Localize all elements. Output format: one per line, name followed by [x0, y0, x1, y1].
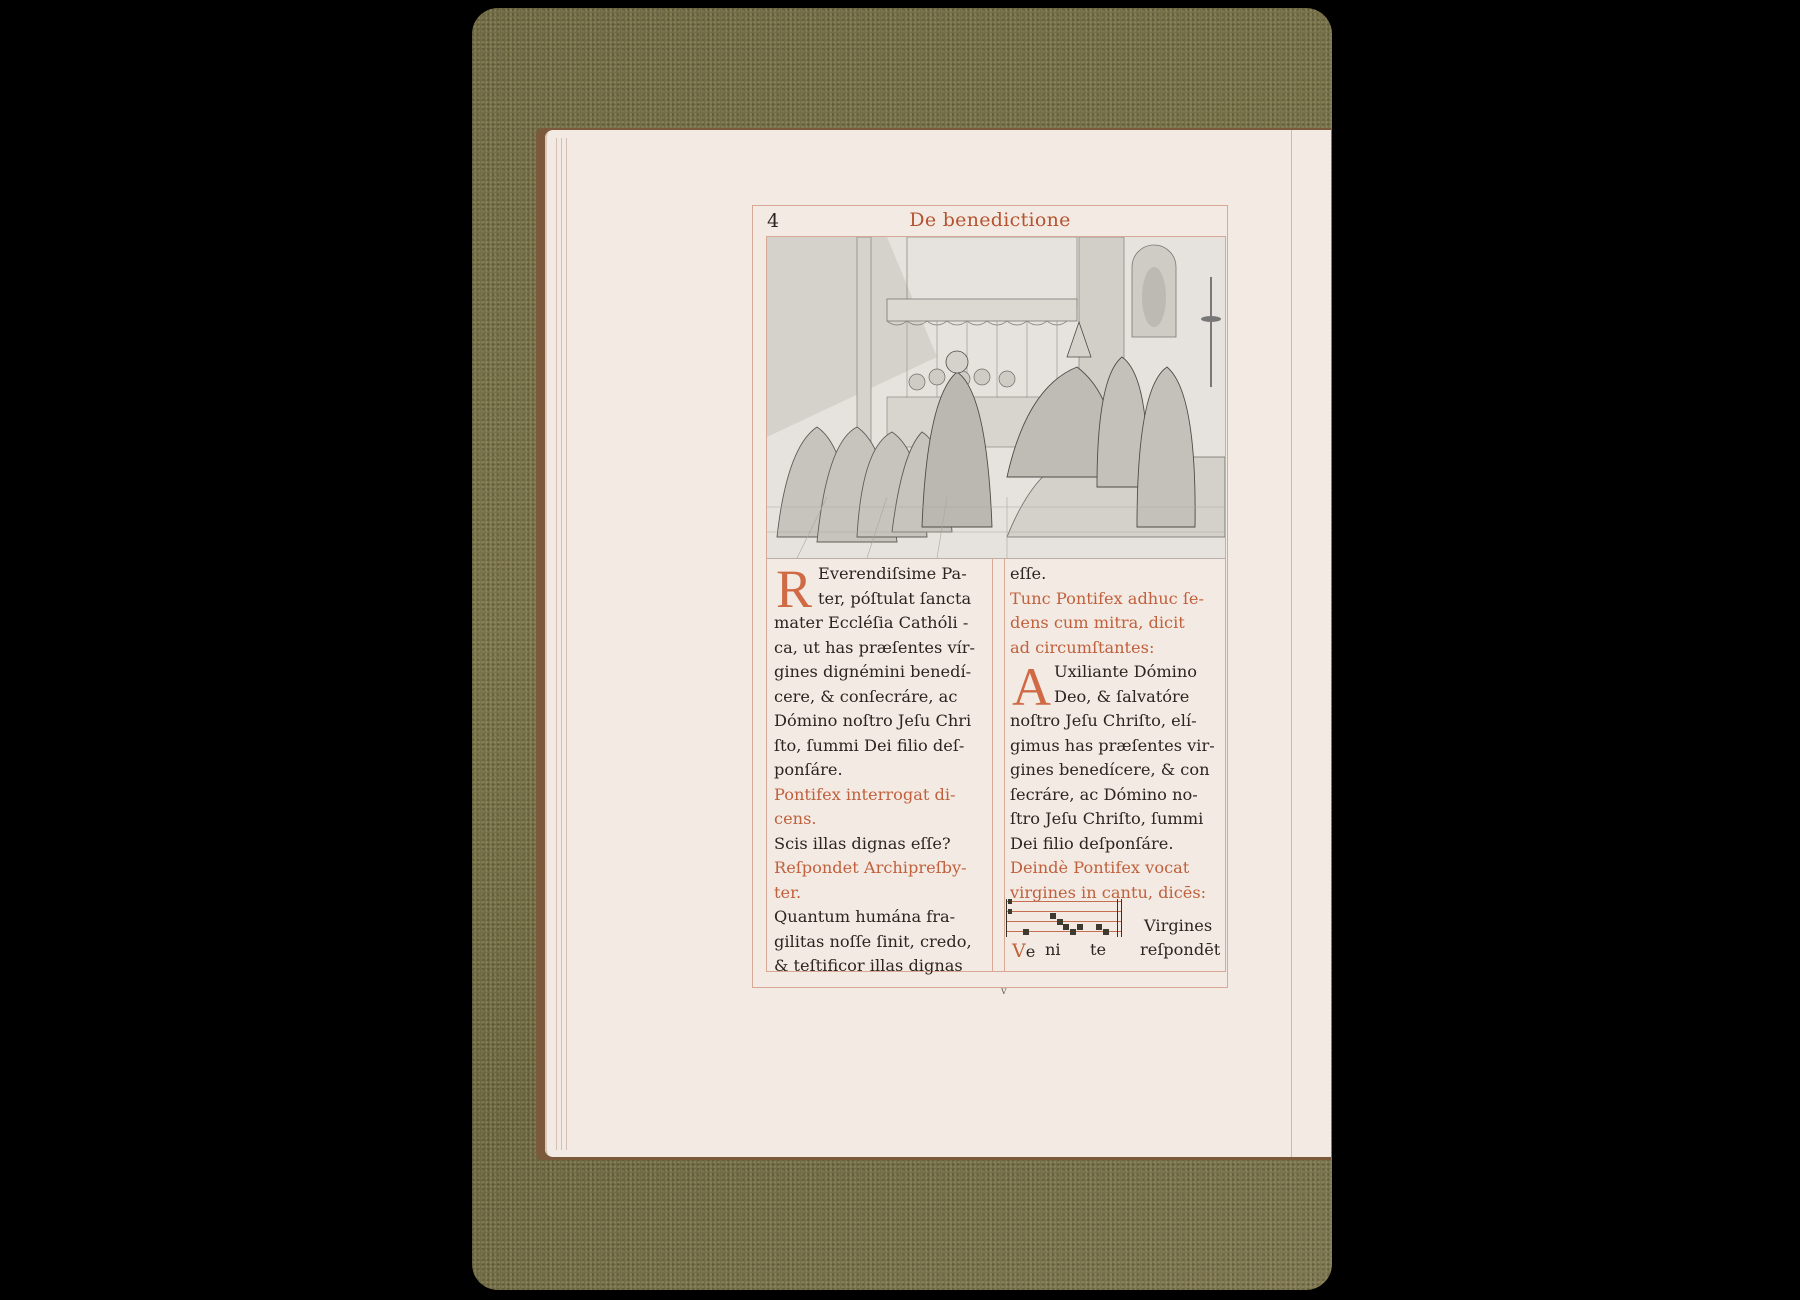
column-divider-rule — [992, 558, 993, 972]
text-line: cere, & conſecráre, ac — [774, 685, 986, 710]
text-line: ca, ut has præſentes vír- — [774, 636, 986, 661]
neume-note — [1103, 929, 1109, 935]
text-line: gimus has præſentes vir- — [1010, 734, 1220, 759]
column-divider-rule — [1004, 558, 1005, 972]
rubric-line: ter. — [774, 881, 986, 906]
chant-syllable: te — [1090, 940, 1106, 959]
staff-line — [1006, 901, 1122, 902]
page-gutter-crease — [1291, 130, 1292, 1157]
text-line: ſtro Jeſu Chriſto, ſummi — [1010, 807, 1220, 832]
staff-bar — [1006, 899, 1007, 937]
chant-staff — [1006, 897, 1122, 939]
page-edge-line — [566, 138, 567, 1150]
rubric-line: ad circumſtantes: — [1010, 636, 1220, 661]
text-line: gilitas noſſe ſinit, credo, — [774, 930, 986, 955]
neume-note — [1096, 924, 1102, 930]
rubric-line: Tunc Pontifex adhuc ſe- — [1010, 587, 1220, 612]
text-line: ſto, ſummi Dei filio deſ- — [774, 734, 986, 759]
staff-line — [1006, 921, 1122, 922]
rubric-line: Pontifex interrogat di- — [774, 783, 986, 808]
text-line: ſecráre, ac Dómino no- — [1010, 783, 1220, 808]
rubric-virgines: Virgines — [1144, 916, 1212, 935]
rubric-line: cens. — [774, 807, 986, 832]
text-line: Everendiſsime Pa- — [774, 562, 986, 587]
text-line: eſſe. — [1010, 562, 1220, 587]
text-line: gines dignémini benedí- — [774, 660, 986, 685]
staff-bar — [1121, 899, 1122, 937]
staff-bar — [1117, 899, 1118, 937]
chant-syllable: VVee — [1012, 940, 1035, 962]
text-line: Quantum humána fra- — [774, 905, 986, 930]
neume-note — [1023, 929, 1029, 935]
text-line: Dómino noſtro Jeſu Chri — [774, 709, 986, 734]
running-head: De benedictione — [760, 205, 1220, 235]
chant-syllable-e: e — [1026, 942, 1036, 961]
chant-initial: V — [1012, 940, 1026, 962]
clef-icon — [1008, 909, 1012, 914]
engraving-illustration — [767, 237, 1225, 559]
left-text-column: Everendiſsime Pa- ter, póſtulat ſancta m… — [774, 562, 986, 979]
page-edge-line — [561, 138, 562, 1150]
neume-note — [1077, 924, 1083, 930]
rubric-respondent: reſpondēt — [1140, 940, 1220, 959]
rubric-line: Deindè Pontifex vocat — [1010, 856, 1220, 881]
chant-syllable: ni — [1045, 940, 1061, 959]
text-line: & teſtificor illas dignas — [774, 954, 986, 979]
rubric-line: Reſpondet Archipreſby- — [774, 856, 986, 881]
text-line: Uxiliante Dómino — [1010, 660, 1220, 685]
staff-line — [1006, 911, 1122, 912]
text-line: ter, póſtulat ſancta — [774, 587, 986, 612]
illustration-drawing-icon — [767, 237, 1225, 558]
text-line: noſtro Jeſu Chriſto, elí- — [1010, 709, 1220, 734]
clef-icon — [1008, 899, 1012, 904]
neume-note — [1050, 913, 1056, 919]
neume-note — [1070, 929, 1076, 935]
text-line: Scis illas dignas eſſe? — [774, 832, 986, 857]
text-line: gines benedícere, & con — [1010, 758, 1220, 783]
rubric-line: dens cum mitra, dicit — [1010, 611, 1220, 636]
neume-note — [1063, 924, 1069, 930]
page-edge-line — [556, 138, 557, 1150]
text-line: Dei filio deſponſáre. — [1010, 832, 1220, 857]
right-text-column: eſſe. Tunc Pontifex adhuc ſe- dens cum m… — [1010, 562, 1220, 905]
text-line: mater Eccléſia Cathóli - — [774, 611, 986, 636]
catchword: v — [1001, 986, 1007, 997]
text-line: ponſáre. — [774, 758, 986, 783]
text-line: Deo, & ſalvatóre — [1010, 685, 1220, 710]
